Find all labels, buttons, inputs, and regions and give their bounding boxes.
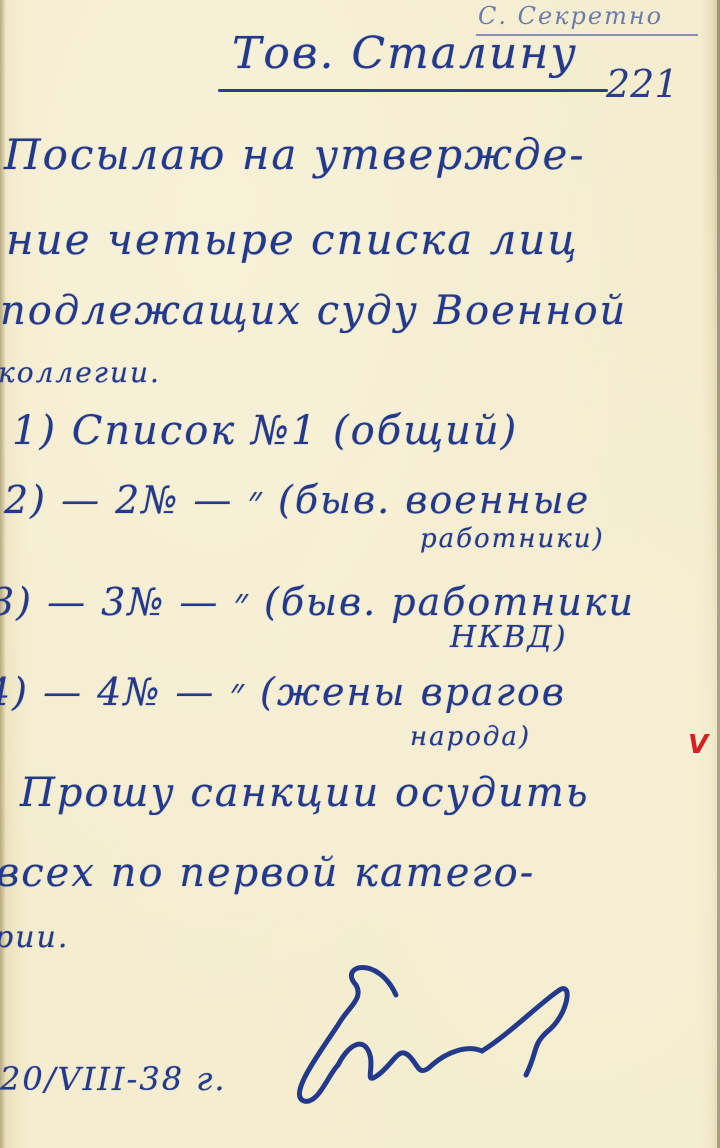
archive-page-number: 221	[606, 62, 679, 106]
body-line-1: Посылаю на утвержде-	[4, 130, 586, 179]
document-date: 20/VIII-38 г.	[0, 1060, 227, 1098]
list-item-1: 1) Список №1 (общий)	[12, 408, 518, 454]
addressee-underline	[218, 89, 608, 92]
body-line-request-2: всех по первой катего-	[0, 850, 535, 896]
body-line-2: ние четыре списка лиц	[6, 215, 579, 264]
scanned-document-page: С. Секретно Тов. Сталину 221 Посылаю на …	[0, 0, 720, 1148]
signature-scrawl	[268, 955, 608, 1105]
classification-note: С. Секретно	[478, 2, 663, 30]
body-line-request-3: рии.	[0, 920, 69, 955]
list-item-2-continued: работники)	[420, 524, 605, 554]
body-line-3: подлежащих суду Военной	[0, 288, 627, 334]
list-item-3-continued: НКВД)	[450, 620, 568, 655]
body-line-request: Прошу санкции осудить	[20, 770, 590, 816]
list-item-2: 2) — ״ — №2 (быв. военные	[4, 478, 590, 523]
list-item-4: 4) — ״ — №4 (жены врагов	[0, 670, 566, 715]
addressee-heading: Тов. Сталину	[232, 28, 578, 79]
red-check-mark: V	[688, 730, 708, 760]
body-line-4: коллегии.	[0, 356, 161, 389]
list-item-3: 3) — ״ — №3 (быв. работники	[0, 580, 635, 625]
list-item-4-continued: народа)	[410, 722, 531, 752]
